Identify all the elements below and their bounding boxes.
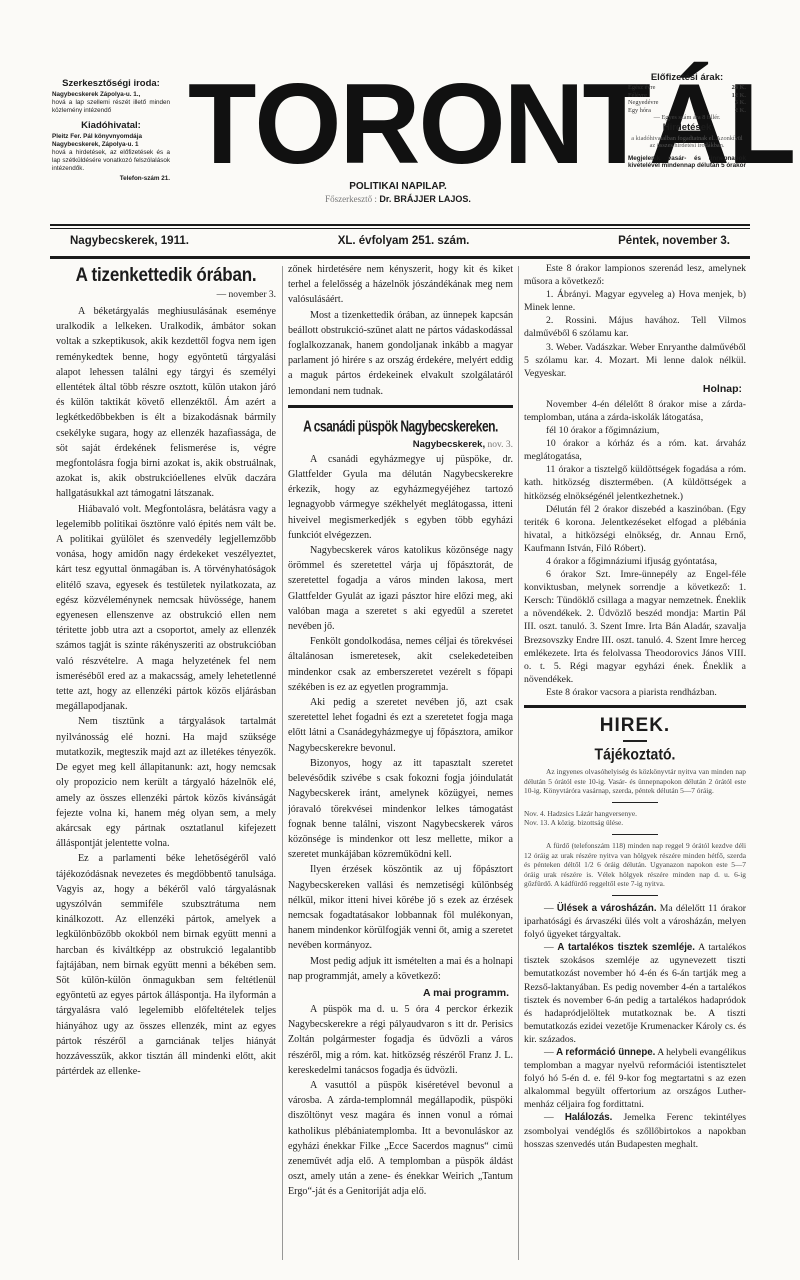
price-row: Negyedévre6 K. xyxy=(628,99,746,107)
article-paragraph: Bizonyos, hogy az itt tapasztalt szerete… xyxy=(288,756,513,862)
short-rule xyxy=(612,895,658,896)
info-heading: Tájékoztató. xyxy=(524,744,746,764)
news-items: — Ülések a városházán. Ma délelőtt 11 ór… xyxy=(524,902,746,1151)
tomorrow-heading: Holnap: xyxy=(524,380,746,398)
program-item: fél 10 órakor a főgimnázium, xyxy=(524,424,746,437)
publisher-address: Nagybecskerek, Zápolya-u. 1 xyxy=(52,141,170,149)
title-letter: R xyxy=(340,73,419,175)
paper-type: POLITIKAI NAPILAP. xyxy=(188,180,608,193)
news-item-title: Ülések a városházán. xyxy=(557,903,657,914)
editorial-office-heading: Szerkesztőségi iroda: xyxy=(52,78,170,89)
dateline-bar: Nagybecskerek, 1911. XL. évfolyam 251. s… xyxy=(50,230,750,252)
dateline-date: nov. 3. xyxy=(487,440,513,450)
masthead-subscription-info: Előfizetési árak: Egész évre24 K. Félévr… xyxy=(628,72,746,170)
article-paragraph: A csanádi egyházmegye uj püspöke, dr. Gl… xyxy=(288,452,513,543)
column-3: Este 8 órakor lampionos szerenád lesz, a… xyxy=(524,262,746,1268)
bath-notice: A fürdő (telefonszám 118) minden nap reg… xyxy=(524,841,746,889)
publisher-name: Pleitz Fer. Pál könyvnyomdája xyxy=(52,133,170,141)
article-paragraph: zőnek hirdetésére nem kényszerit, hogy k… xyxy=(288,262,513,308)
place-year: Nagybecskerek, 1911. xyxy=(50,235,189,247)
news-item-title: Halálozás. xyxy=(565,1112,612,1123)
article-paragraph: A vasuttól a püspök kiséretével bevonul … xyxy=(288,1078,513,1200)
news-item: — A reformáció ünnepe. A helybeli evangé… xyxy=(524,1046,746,1111)
news-item-text: A tartalékos tisztek szokásos szemléje a… xyxy=(524,942,746,1045)
editor-name: Dr. BRÁJJER LAJOS. xyxy=(379,194,471,204)
price-row: Félévre12 K. xyxy=(628,92,746,100)
program-item: Este 8 órakor vacsora a piarista rendház… xyxy=(524,686,746,699)
news-item-title: A tartalékos tisztek szemléje. xyxy=(557,942,695,953)
article-paragraph: Aki pedig a szeretet nevében jő, azt csa… xyxy=(288,695,513,756)
program-item: 10 órakor a kórház és a róm. kat. árvahá… xyxy=(524,437,746,463)
article-paragraph: A béketárgyalás meghiusulásának eseménye… xyxy=(56,304,276,502)
column-divider xyxy=(282,266,283,1260)
ads-text: a kiadóhivatalban fogadtatnak el. Azonkí… xyxy=(628,135,746,150)
newspaper-title: T O R O N T Á L xyxy=(188,70,608,174)
price-row: Egész évre24 K. xyxy=(628,84,746,92)
bishop-article-headline: A csanádi püspök Nagybecskereken. xyxy=(293,415,507,437)
article-paragraph: Nem tisztünk a tárgyalások tartalmát nyi… xyxy=(56,714,276,851)
publisher-heading: Kiadóhivatal: xyxy=(52,120,170,131)
article-paragraph: Ez a parlamenti béke lehetőségéről való … xyxy=(56,851,276,1079)
bishop-article-dateline: Nagybecskerek, nov. 3. xyxy=(288,438,513,452)
program-item: 11 órakor a tisztelgő küldöttségek fogad… xyxy=(524,463,746,502)
news-section-title: HIREK. xyxy=(524,714,746,738)
news-item: — Halálozás. Jemelka Ferenc tekintélyes … xyxy=(524,1111,746,1150)
short-rule xyxy=(612,834,658,835)
section-separator xyxy=(524,705,746,708)
news-item: — A tartalékos tisztek szemléje. A tarta… xyxy=(524,941,746,1046)
price-label: Egy hóra xyxy=(628,107,651,115)
program-item: 1. Ábrányi. Magyar egyveleg a) Hova menj… xyxy=(524,288,746,314)
article-separator xyxy=(288,405,513,408)
double-rule-bottom xyxy=(50,254,750,259)
library-notice: Az ingyenes olvasóhelyiség és közkönyvtá… xyxy=(524,767,746,796)
article-paragraph: Most pedig adjuk itt ismételten a mai és… xyxy=(288,954,513,984)
price-value: 24 K. xyxy=(732,84,746,92)
editorial-text: hová a lap szellemi részét illető minden… xyxy=(52,99,170,115)
double-rule-top xyxy=(50,224,750,229)
column-2: zőnek hirdetésére nem kényszerit, hogy k… xyxy=(288,262,513,1268)
article-paragraph: Most a tizenkettedik órában, az ünnepek … xyxy=(288,308,513,399)
publication-schedule: Megjelenik vasár- és ünnepnapok kivételé… xyxy=(628,155,746,170)
volume-issue: XL. évfolyam 251. szám. xyxy=(338,235,470,247)
prices-heading: Előfizetési árak: xyxy=(628,72,746,84)
lead-article-headline: A tizenkettedik órában. xyxy=(56,262,276,287)
price-value: 6 K. xyxy=(735,99,746,107)
title-letter: O xyxy=(254,73,339,175)
single-issue-price: — Egyes szám ára 8 fillér. xyxy=(628,114,746,122)
program-item: 3. Weber. Vadászkar. Weber Enryanthe dal… xyxy=(524,341,746,380)
ads-heading: Hirdetések xyxy=(628,122,746,134)
today-program-heading: A mai programm. xyxy=(288,984,513,1002)
lead-article-date: — november 3. xyxy=(56,288,276,302)
program-item: 4 órakor a főgimnáziumi ifjuság gyóntatá… xyxy=(524,555,746,568)
price-label: Egész évre xyxy=(628,84,655,92)
news-item-text: Jemelka Ferenc tekintélyes zsombolyai ve… xyxy=(524,1112,746,1149)
publisher-text: hová a hirdetések, az előfizetések és a … xyxy=(52,149,170,173)
editor-line: Főszerkesztő : Dr. BRÁJJER LAJOS. xyxy=(188,193,608,205)
program-item: 6 órakor Szt. Imre-ünnepély az Engel-fél… xyxy=(524,568,746,686)
ornament-rule xyxy=(623,740,647,742)
news-item-title: A reformáció ünnepe. xyxy=(556,1047,655,1058)
program-item: 2. Rossini. Május havához. Tell Vilmos d… xyxy=(524,314,746,340)
price-label: Negyedévre xyxy=(628,99,658,107)
newspaper-page: Szerkesztőségi iroda: Nagybecskerek Zápo… xyxy=(0,0,800,1280)
article-paragraph: Ilyen érzések köszöntik az uj főpásztort… xyxy=(288,862,513,953)
column-1: A tizenkettedik órában. — november 3. A … xyxy=(56,262,276,1268)
title-letter: T xyxy=(188,73,254,175)
masthead-subtitle: POLITIKAI NAPILAP. Főszerkesztő : Dr. BR… xyxy=(188,180,608,205)
news-item: — Ülések a városházán. Ma délelőtt 11 ór… xyxy=(524,902,746,941)
title-letter: N xyxy=(504,73,583,175)
title-letter: O xyxy=(418,73,503,175)
article-paragraph: Hiábavaló volt. Megfontolásra, belátásra… xyxy=(56,502,276,715)
column-divider xyxy=(518,266,519,1260)
price-value: 12 K. xyxy=(732,92,746,100)
short-rule xyxy=(612,802,658,803)
program-item: Este 8 órakor lampionos szerenád lesz, a… xyxy=(524,262,746,288)
editorial-address: Nagybecskerek Zápolya-u. 1., xyxy=(52,91,170,99)
price-value: 2 K. xyxy=(735,107,746,115)
issue-date: Péntek, november 3. xyxy=(618,235,750,247)
editor-label: Főszerkesztő : xyxy=(325,194,377,204)
dateline-place: Nagybecskerek, xyxy=(413,439,485,450)
program-item: November 4-én délelőtt 8 órakor mise a z… xyxy=(524,398,746,424)
article-paragraph: A püspök ma d. u. 5 óra 4 perckor érkezi… xyxy=(288,1002,513,1078)
price-label: Félévre xyxy=(628,92,647,100)
program-item: Délután fél 2 órakor diszebéd a kaszinób… xyxy=(524,503,746,555)
article-paragraph: Nagybecskerek város katolikus közönsége … xyxy=(288,543,513,634)
telephone: Telefon-szám 21. xyxy=(52,175,170,183)
masthead-editorial-info: Szerkesztőségi iroda: Nagybecskerek Zápo… xyxy=(52,78,170,188)
price-row: Egy hóra2 K. xyxy=(628,107,746,115)
event-item: Nov. 13. A közig. bizottság ülése. xyxy=(524,818,746,828)
event-item: Nov. 4. Hadzsics Lázár hangversenye. xyxy=(524,809,746,819)
article-paragraph: Fenkölt gondolkodása, nemes céljai és tö… xyxy=(288,634,513,695)
